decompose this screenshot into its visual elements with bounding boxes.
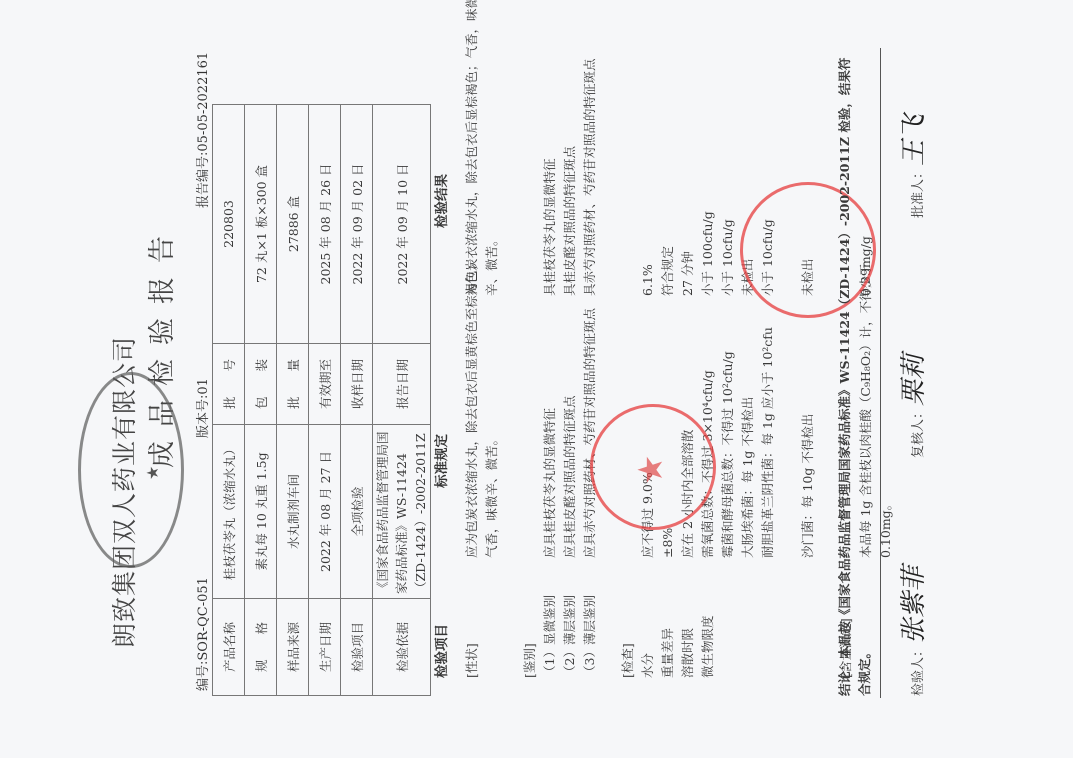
- info-cell-v1: 素丸每 10 丸重 1.5g: [245, 425, 277, 599]
- info-cell-k2: 包 装: [245, 344, 277, 425]
- info-cell-k1: 产品名称: [213, 599, 245, 696]
- inspector-signature: 检验人：张紫菲: [893, 566, 930, 696]
- result-item: 重量差异: [658, 628, 678, 678]
- info-cell-k2: 报告日期: [373, 344, 431, 425]
- info-row: 规 格素丸每 10 丸重 1.5g包 装72 丸×1 板×300 盒: [245, 105, 277, 696]
- product-info-table: 产品名称桂枝茯苓丸（浓缩水丸）批 号220803规 格素丸每 10 丸重 1.5…: [212, 104, 431, 696]
- reviewer-signature: 复核人：栗莉: [893, 354, 930, 458]
- result-result: 为包炭衣浓缩水丸，除去包衣后显棕褐色；气香，味微辛、微苦。: [462, 0, 502, 296]
- info-row: 产品名称桂枝茯苓丸（浓缩水丸）批 号220803: [213, 105, 245, 696]
- seal-star-icon: ★: [631, 455, 671, 485]
- info-row: 生产日期2022 年 08 月 27 日有效期至2025 年 08 月 26 日: [309, 105, 341, 696]
- result-result: 具赤芍对照药材、芍药苷对照品的特征斑点: [580, 0, 600, 296]
- info-cell-k2: 批 量: [277, 344, 309, 425]
- conclusion: 结论：本品按《国家食品药品监督管理局国家药品标准》WS-11424（ZD-142…: [835, 46, 875, 696]
- result-result: 具桂皮醛对照品的特征斑点: [560, 0, 580, 296]
- info-cell-v2: 27886 盒: [277, 105, 309, 344]
- section-title: [性状]: [462, 643, 482, 678]
- info-cell-k1: 检验项目: [341, 599, 373, 696]
- seal-star-icon: ★: [143, 466, 162, 480]
- result-standard: 霉菌和酵母菌总数：不得过 10²cfu/g: [718, 258, 738, 558]
- info-row: 检验依据《国家食品药品监督管理局国家药品标准》WS-11424（ZD-1424）…: [373, 105, 431, 696]
- result-item: （1）显微鉴别: [540, 595, 560, 678]
- info-cell-v1: 2022 年 08 月 27 日: [309, 425, 341, 599]
- info-cell-v2: 2022 年 09 月 10 日: [373, 105, 431, 344]
- result-item: （2）薄层鉴别: [560, 595, 580, 678]
- result-item: （3）薄层鉴别: [580, 595, 600, 678]
- result-standard: 应具赤芍对照药材、芍药苷对照品的特征斑点: [580, 258, 600, 558]
- result-item: 水分: [638, 653, 658, 678]
- info-cell-k1: 生产日期: [309, 599, 341, 696]
- info-cell-v2: 2025 年 08 月 26 日: [309, 105, 341, 344]
- result-result: 小于 100cfu/g: [698, 0, 718, 296]
- section-title: [鉴别]: [520, 643, 540, 678]
- info-row: 样品来源水丸制剂车间批 量27886 盒: [277, 105, 309, 696]
- info-cell-k1: 样品来源: [277, 599, 309, 696]
- approver-signature: 批准人：王飞: [893, 114, 930, 218]
- section-title: [检查]: [618, 643, 638, 678]
- info-cell-k1: 规 格: [245, 599, 277, 696]
- info-cell-v1: 《国家食品药品监督管理局国家药品标准》WS-11424（ZD-1424）-200…: [373, 425, 431, 599]
- quality-seal-gray: ★: [78, 372, 184, 568]
- info-row: 检验项目全项检验收样日期2022 年 09 月 02 日: [341, 105, 373, 696]
- result-result: 小于 10cfu/g: [718, 0, 738, 296]
- result-standard: 应具桂皮醛对照品的特征斑点: [560, 258, 580, 558]
- red-seal-qc: ★: [590, 404, 716, 530]
- info-cell-k2: 收样日期: [341, 344, 373, 425]
- info-cell-k2: 批 号: [213, 344, 245, 425]
- info-cell-v1: 水丸制剂车间: [277, 425, 309, 599]
- info-cell-v1: 桂枝茯苓丸（浓缩水丸）: [213, 425, 245, 599]
- report-number: 报告编号:05-05-2022161: [192, 52, 211, 208]
- result-item: 溶散时限: [678, 628, 698, 678]
- info-cell-v1: 全项检验: [341, 425, 373, 599]
- result-standard: 应为包炭衣浓缩水丸，除去包衣后显黄棕色至棕褐色；气香，味微辛、微苦。: [462, 258, 502, 558]
- result-result: 符合规定: [658, 0, 678, 296]
- col-header-item: 检验项目: [430, 624, 450, 678]
- doc-number: 编号:SOR-QC-051: [192, 577, 211, 691]
- signature-divider: [880, 48, 881, 698]
- col-header-result: 检验结果: [430, 174, 450, 228]
- result-result: 6.1%: [638, 0, 658, 296]
- result-result: 27 分钟: [678, 0, 698, 296]
- result-standard: 需氧菌总数：不得过 3×10⁴cfu/g: [698, 258, 718, 558]
- info-cell-k1: 检验依据: [373, 599, 431, 696]
- result-result: 具桂枝茯苓丸的显微特征: [540, 0, 560, 296]
- col-header-standard: 标准规定: [430, 434, 450, 488]
- version-number: 版本号:01: [192, 378, 211, 438]
- result-standard: 大肠埃希菌：每 1g 不得检出: [738, 258, 758, 558]
- result-standard: 应具桂枝茯苓丸的显微特征: [540, 258, 560, 558]
- info-cell-v2: 72 丸×1 板×300 盒: [245, 105, 277, 344]
- info-cell-k2: 有效期至: [309, 344, 341, 425]
- info-cell-v2: 2022 年 09 月 02 日: [341, 105, 373, 344]
- result-item: 微生物限度: [698, 615, 718, 678]
- info-cell-v2: 220803: [213, 105, 245, 344]
- inspection-report-sheet: 朗致集团双人药业有限公司 成品检验报告 ★ 编号:SOR-QC-051 版本号:…: [0, 0, 1073, 758]
